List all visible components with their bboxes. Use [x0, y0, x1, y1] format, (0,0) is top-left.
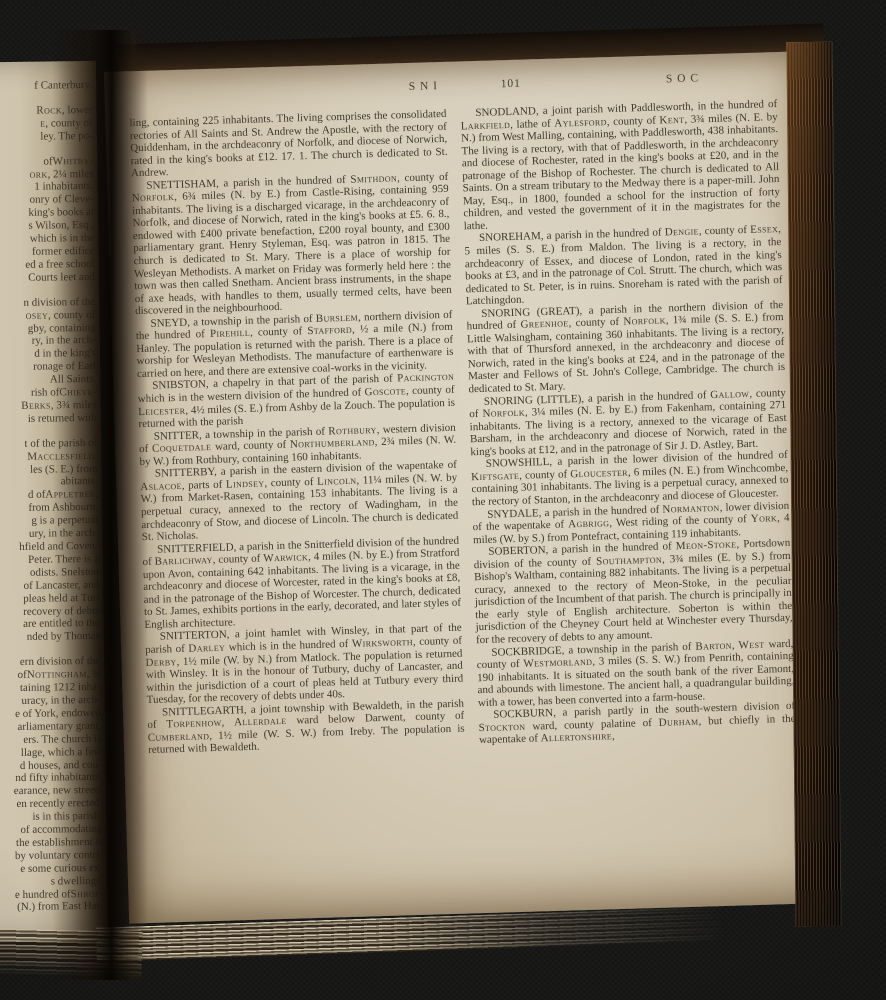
gazetteer-entry: SNETTISHAM, a parish in the hundred of S… [131, 171, 452, 318]
left-page-fragment-line: Courts leet and [0, 271, 95, 286]
bottom-left-page-stack [0, 928, 143, 980]
gazetteer-entry: SNORING (GREAT), a parish in the norther… [466, 299, 785, 396]
page-number: 101 [501, 78, 522, 91]
gazetteer-entry: SNEYD, a township in the parish of Bursl… [135, 309, 454, 381]
text-column-left: ling, containing 225 inhabitants. The li… [129, 108, 465, 757]
gazetteer-entry: SNITTERFIELD, a parish in the Snitterfie… [142, 534, 461, 631]
fore-edge [786, 42, 841, 926]
gazetteer-entry: SNOREHAM, a parish in the hundred of Den… [464, 223, 783, 308]
gazetteer-entry: SOBERTON, a parish in the hundred of Meo… [473, 537, 793, 647]
gazetteer-entry: SOCKBURN, a parish partly in the south-w… [478, 700, 796, 747]
header-right-caption: S O C [666, 72, 699, 85]
left-page-fragment-line: nded by Thomas [0, 630, 100, 645]
left-page: f Canterbury.Rock, lowere, county ofley.… [0, 61, 108, 943]
left-page-fragment-line: f Canterbury. [0, 79, 92, 94]
gazetteer-entry: SNORING (LITTLE), a parish in the hundre… [469, 386, 788, 458]
left-page-fragment-line: is returned with [0, 412, 97, 427]
gazetteer-entry: SNODLAND, a joint parish with Paddleswor… [460, 98, 781, 233]
gazetteer-entry: ling, containing 225 inhabitants. The li… [129, 108, 448, 180]
left-page-text-fragments: f Canterbury.Rock, lowere, county ofley.… [0, 79, 104, 915]
right-page: S N I 101 S O C ling, containing 225 inh… [104, 51, 821, 923]
text-columns: ling, containing 225 inhabitants. The li… [129, 98, 796, 757]
gazetteer-entry: SNITTERTON, a joint hamlet with Winsley,… [145, 622, 464, 707]
gazetteer-entry: SNITTLEGARTH, a joint township with Bewa… [147, 697, 465, 757]
page-content: S N I 101 S O C ling, containing 225 inh… [104, 51, 821, 923]
gazetteer-entry: SOCKBRIDGE, a township in the parish of … [476, 637, 795, 709]
book-photo: f Canterbury.Rock, lowere, county ofley.… [0, 0, 886, 1000]
header-left-caption: S N I [409, 80, 439, 93]
gazetteer-entry: SNITTERBY, a parish in the eastern divis… [140, 459, 459, 544]
left-page-fragment-line: ley. The po- [0, 130, 93, 145]
text-column-right: SNODLAND, a joint parish with Paddleswor… [460, 98, 796, 747]
left-page-fragment-line: (N.) from East Har- [0, 900, 104, 915]
